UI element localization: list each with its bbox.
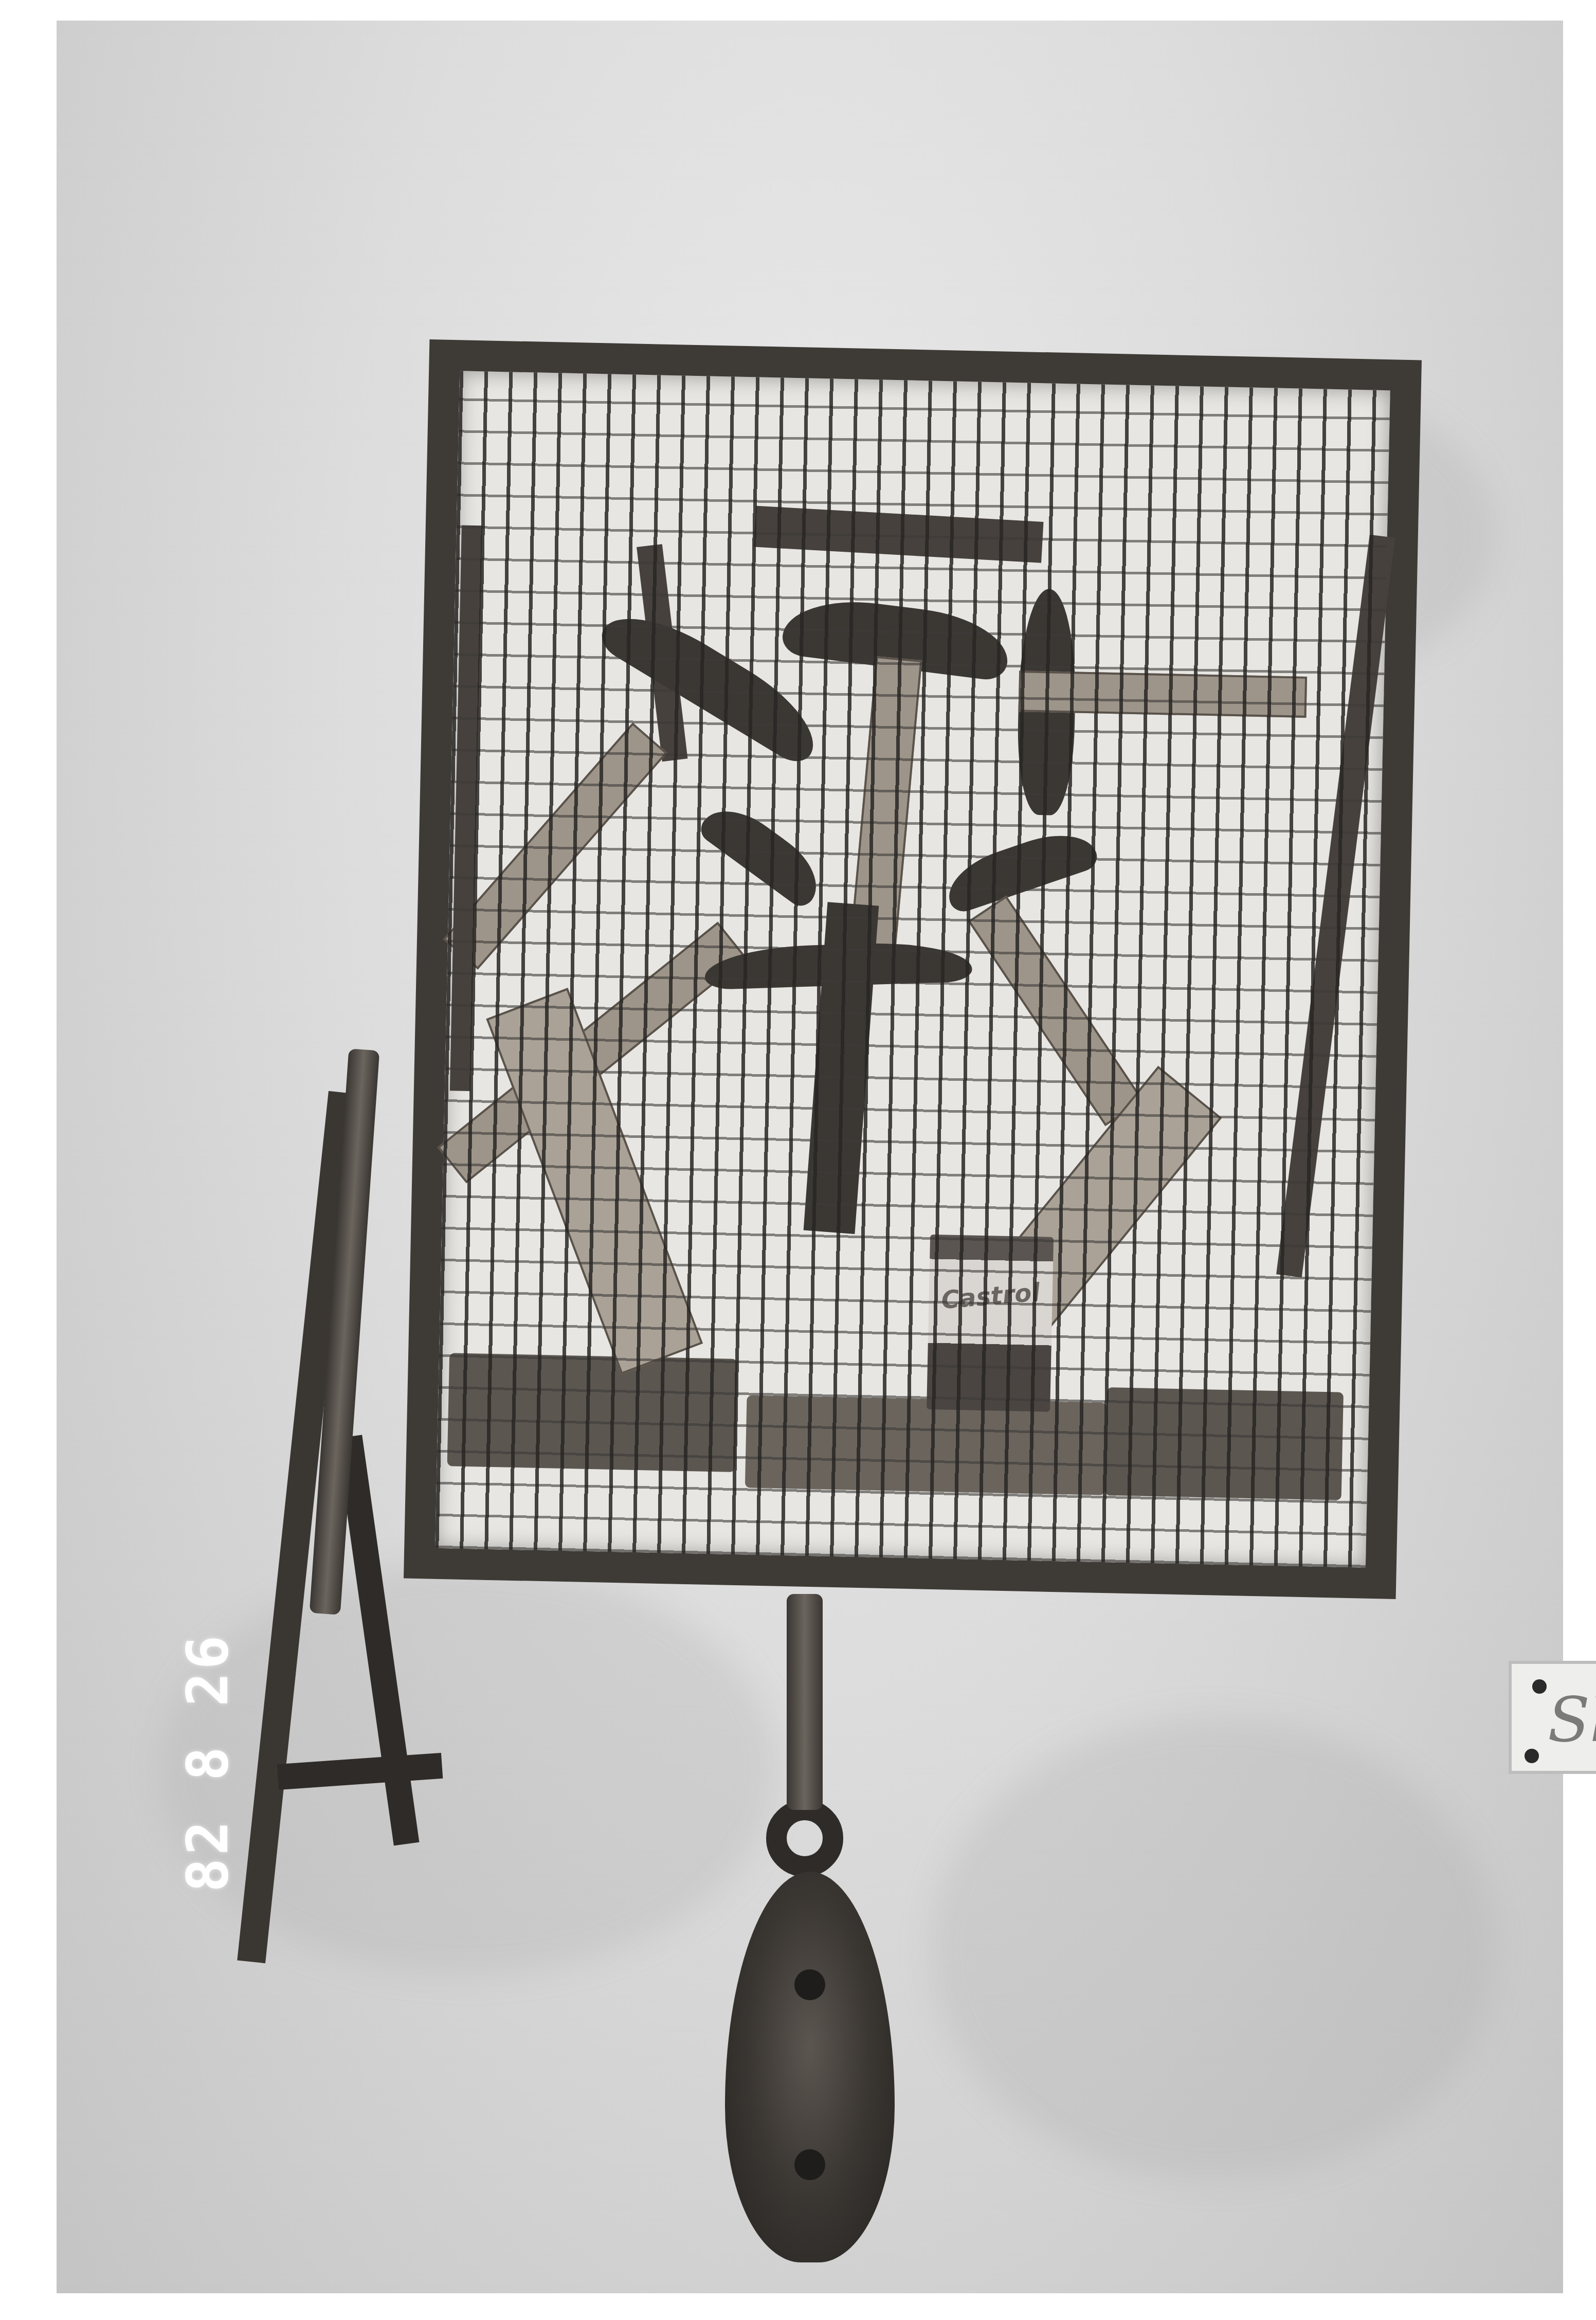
wall-stain	[931, 1717, 1496, 2180]
wall-sign: Sl	[1509, 1661, 1596, 1774]
tool-cabinet: Castrol	[404, 339, 1422, 1599]
photograph: Castrol 82 8 26	[57, 21, 1563, 2293]
pulley-block	[725, 1872, 895, 2262]
sign-hole	[1525, 1749, 1539, 1763]
date-stamp: 82 8 26	[175, 1632, 241, 1892]
pulley-bolt	[794, 2149, 825, 2180]
sign-text: Sl	[1548, 1684, 1596, 1756]
wire-mesh	[435, 371, 1390, 1567]
pulley-hook	[766, 1800, 843, 1877]
sign-hole	[1532, 1679, 1547, 1694]
pulley-bolt	[794, 1969, 825, 2000]
pulley-rope	[787, 1594, 823, 1810]
